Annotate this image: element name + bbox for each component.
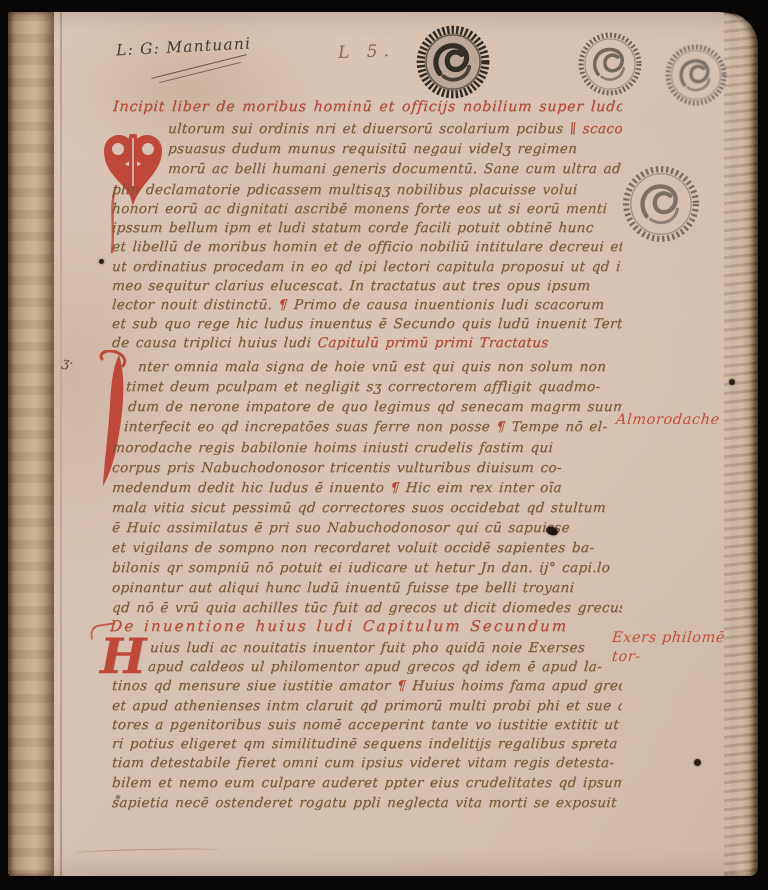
library-stamp-icon xyxy=(415,24,491,100)
wormhole xyxy=(99,259,104,264)
text-segment: honori eorū ac dignitati ascribē monens … xyxy=(112,202,608,216)
manuscript-text-line: nter omnia mala signa de hoie vnū est qu… xyxy=(138,360,607,374)
manuscript-text-line: lector nouit distinctū. ¶ Primo de causa… xyxy=(112,298,605,312)
decorated-initial-H: H xyxy=(100,632,146,681)
margin-note-exerses-line1: Exers philomē xyxy=(611,630,725,646)
text-segment: Huius hoims fama apud grecos xyxy=(412,679,623,693)
manuscript-text-line: medendum dedit hic ludus ē inuento ¶ Hic… xyxy=(112,481,563,495)
manuscript-text-line: morū ac belli humani generis documentū. … xyxy=(168,162,622,176)
text-segment: tiam detestabile fieret omni cum ipsius … xyxy=(112,756,615,770)
binding-crease xyxy=(60,12,62,876)
rubric-text-segment: Incipit liber de moribus hominū et offic… xyxy=(112,100,622,115)
manuscript-text-line: et sub quo rege hic ludus inuentus ē Sec… xyxy=(112,317,623,331)
library-stamp-icon xyxy=(663,42,729,108)
text-segment: psuasus dudum munus requisitū negaui vid… xyxy=(168,142,578,156)
text-segment: de causa triplici huius ludi xyxy=(112,336,319,350)
manuscript-text-line: opinantur aut aliqui hunc ludū inuentū f… xyxy=(112,581,575,595)
text-segment: bilonis qr sompniū nō potuit ei iudicare… xyxy=(112,561,611,575)
manuscript-text-line: sapietia necē ostenderet rogatu ppli neg… xyxy=(112,796,618,810)
text-segment: Tempe nō el- xyxy=(511,420,608,434)
manuscript-text-line: ipssum bellum ipm et ludi statum corde f… xyxy=(112,221,595,235)
rubric-heading-line: De inuentione huius ludi Capitulum Secun… xyxy=(109,619,568,635)
manuscript-text-line: ri potius eligeret qm similitudinē seque… xyxy=(112,737,623,751)
text-segment: et sub quo rege hic ludus inuentus ē Sec… xyxy=(112,317,623,331)
manuscript-text-line: plin declamatorie pdicassem multisqʒ nob… xyxy=(112,183,579,197)
manuscript-text-line: tinos qd mensure siue iustitie amator ¶ … xyxy=(112,679,623,693)
text-segment: dum de nerone impatore de quo legimus qd… xyxy=(128,400,623,414)
text-segment: apud caldeos ul philomentor apud grecos … xyxy=(148,660,603,674)
text-segment: uius ludi ac nouitatis inuentor fuit pho… xyxy=(150,641,586,655)
manuscript-text-line: meo sequitur clarius elucescat. In tract… xyxy=(112,279,591,293)
text-segment: tinos qd mensure siue iustitie amator xyxy=(112,679,398,693)
manuscript-text-line: ut ordinatius procedam in eo qd ipi lect… xyxy=(112,260,623,274)
photo-frame: L: G: Mantuani L 5. H Incipit liber de m… xyxy=(0,0,768,890)
manuscript-text-line: dum de nerone impatore de quo legimus qd… xyxy=(128,400,623,414)
wormhole xyxy=(694,759,701,766)
text-segment: sapietia necē ostenderet rogatu ppli neg… xyxy=(112,796,618,810)
text-segment: ipssum bellum ipm et ludi statum corde f… xyxy=(112,221,595,235)
manuscript-text-line: et apud athenienses intm claruit qd prim… xyxy=(112,699,623,713)
manuscript-text-line: qd nō ē vrū quia achilles tūc fuit ad gr… xyxy=(112,601,623,615)
rubric-text-segment: ¶ xyxy=(496,420,512,434)
manuscript-text-line: apud caldeos ul philomentor apud grecos … xyxy=(148,660,603,674)
text-segment: bilem et nemo eum culpare auderet ppter … xyxy=(112,776,623,790)
rubric-text-segment: ∥ scacorum xyxy=(569,122,622,136)
manuscript-text-line: psuasus dudum munus requisitū negaui vid… xyxy=(168,142,578,156)
text-segment: morodache regis babilonie hoims iniusti … xyxy=(112,441,554,455)
binding-edge xyxy=(8,12,54,876)
text-segment: interfecit eo qd increpatōes suas ferre … xyxy=(124,420,497,434)
text-segment: timet deum pculpam et negligit sʒ correc… xyxy=(126,380,601,394)
text-segment: ri potius eligeret qm similitudinē seque… xyxy=(112,737,623,751)
manuscript-text-line: ē Huic assimilatus ē pri suo Nabuchodono… xyxy=(112,521,571,535)
page-edges xyxy=(724,12,758,876)
library-stamp-icon xyxy=(576,30,644,98)
text-segment: ē Huic assimilatus ē pri suo Nabuchodono… xyxy=(112,521,571,535)
text-segment: corpus pris Nabuchodonosor tricentis vul… xyxy=(112,461,563,475)
wormhole xyxy=(729,379,735,385)
manuscript-text-line: ultorum sui ordinis nri et diuersorū sco… xyxy=(168,122,623,136)
text-segment: et vigilans de sompno non recordaret vol… xyxy=(112,541,595,555)
text-segment: meo sequitur clarius elucescat. In tract… xyxy=(112,279,591,293)
text-segment: opinantur aut aliqui hunc ludū inuentū f… xyxy=(112,581,575,595)
rubric-text-segment: ¶ xyxy=(278,298,294,312)
manuscript-text-line: uius ludi ac nouitatis inuentor fuit pho… xyxy=(150,641,586,655)
text-segment: morū ac belli humani generis documentū. … xyxy=(168,162,622,176)
text-segment: nter omnia mala signa de hoie vnū est qu… xyxy=(138,360,607,374)
manuscript-text-line: et vigilans de sompno non recordaret vol… xyxy=(112,541,595,555)
text-segment: et libellū de moribus homin et de offici… xyxy=(112,240,623,254)
rubric-text-segment: Capitulū primū primi Tractatus xyxy=(317,336,549,350)
manuscript-text-line: tiam detestabile fieret omni cum ipsius … xyxy=(112,756,615,770)
text-segment: ultorum sui ordinis nri et diuersorū sco… xyxy=(168,122,571,136)
manuscript-text-line: mala vitia sicut pessimū qd correctores … xyxy=(112,501,607,515)
manuscript-text-line: bilem et nemo eum culpare auderet ppter … xyxy=(112,776,623,790)
wormhole xyxy=(116,795,120,799)
text-segment: lector nouit distinctū. xyxy=(112,298,280,312)
text-segment: mala vitia sicut pessimū qd correctores … xyxy=(112,501,607,515)
text-segment: Hic eim rex inter oīa xyxy=(405,481,562,495)
margin-note-almorodache: Almorodache xyxy=(615,412,720,428)
text-segment: qd nō ē vrū quia achilles tūc fuit ad gr… xyxy=(112,601,623,615)
manuscript-text-line: de causa triplici huius ludi Capitulū pr… xyxy=(112,336,550,350)
manuscript-text-line: interfecit eo qd increpatōes suas ferre … xyxy=(124,420,608,434)
shelfmark: L 5. xyxy=(338,41,396,63)
text-segment: plin declamatorie pdicassem multisqʒ nob… xyxy=(112,183,579,197)
rubric-text-segment: ¶ xyxy=(396,679,412,693)
text-segment: tores a pgenitoribus suis nomē acceperin… xyxy=(112,718,623,732)
margin-note-exerses-line2: tor- xyxy=(611,649,641,665)
manuscript-text-line: et libellū de moribus homin et de offici… xyxy=(112,240,623,254)
text-segment: et apud athenienses intm claruit qd prim… xyxy=(112,699,623,713)
manuscript-text-line: timet deum pculpam et negligit sʒ correc… xyxy=(126,380,601,394)
manuscript-text-line: bilonis qr sompniū nō potuit ei iudicare… xyxy=(112,561,611,575)
manuscript-text-line: tores a pgenitoribus suis nomē acceperin… xyxy=(112,718,623,732)
rubric-text-segment: De inuentione huius ludi Capitulum Secun… xyxy=(109,619,568,635)
manuscript-text-line: corpus pris Nabuchodonosor tricentis vul… xyxy=(112,461,563,475)
manuscript-text-line: morodache regis babilonie hoims iniusti … xyxy=(112,441,554,455)
text-segment: ut ordinatius procedam in eo qd ipi lect… xyxy=(112,260,623,274)
text-segment: medendum dedit hic ludus ē inuento xyxy=(112,481,391,495)
library-stamp-icon xyxy=(620,163,702,245)
rubric-text-segment: ¶ xyxy=(390,481,406,495)
manuscript-text-line: honori eorū ac dignitati ascribē monens … xyxy=(112,202,608,216)
rubric-heading-line: Incipit liber de moribus hominū et offic… xyxy=(112,100,622,115)
text-segment: Primo de causa inuentionis ludi scacorum xyxy=(293,298,605,312)
